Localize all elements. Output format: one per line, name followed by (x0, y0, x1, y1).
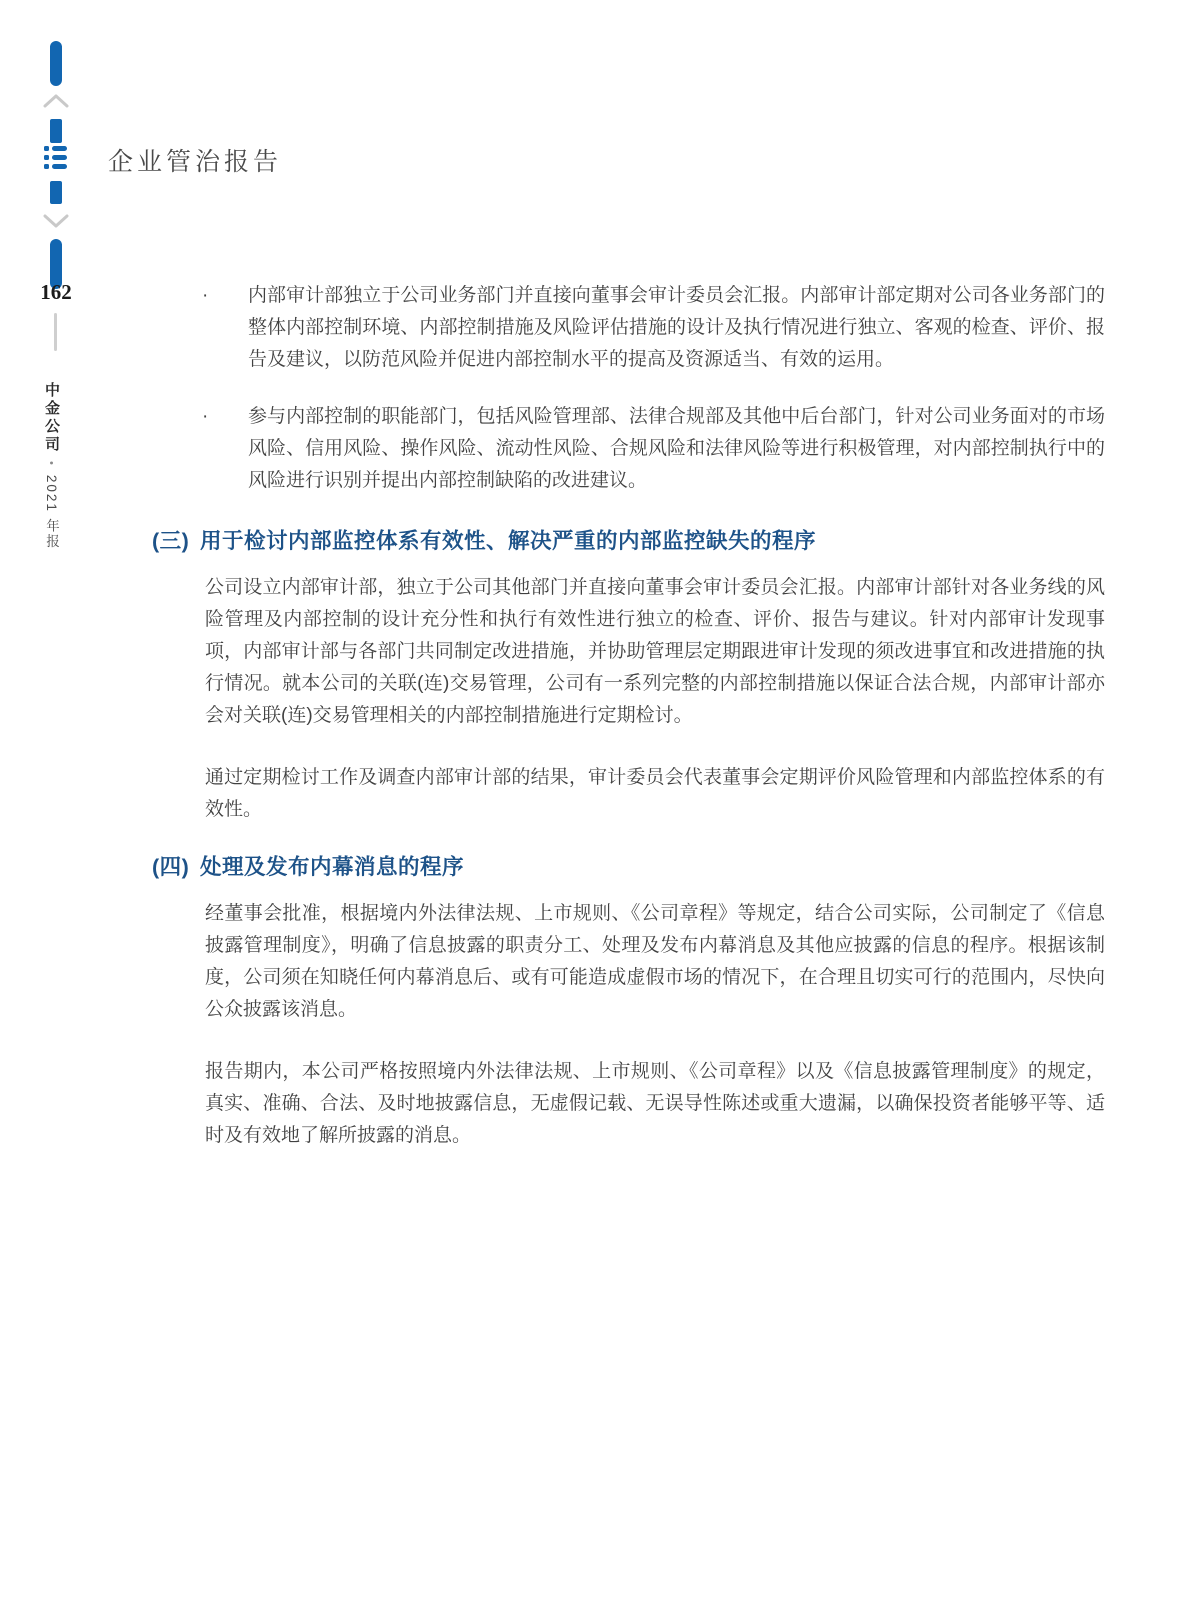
section-title: 处理及发布内幕消息的程序 (200, 852, 464, 882)
spine-edition: 2021 年报 (44, 475, 59, 550)
paragraph: 公司设立内部审计部，独立于公司其他部门并直接向董事会审计委员会汇报。内部审计部针… (205, 572, 1105, 732)
paragraph: 经董事会批准，根据境内外法律法规、上市规则、《公司章程》等规定，结合公司实际，公… (205, 898, 1105, 1026)
spine-company: 中金公司 (43, 382, 60, 454)
report-page: 162 中金公司•2021 年报 企业管治报告 · 内部审计部独立于公司业务部门… (0, 0, 1190, 1615)
bullet-marker: · (202, 280, 208, 312)
section-heading-3: (三) 用于检讨内部监控体系有效性、解决严重的内部监控缺失的程序 (152, 526, 1105, 556)
list-icon (44, 146, 68, 173)
bullet-item: · 内部审计部独立于公司业务部门并直接向董事会审计委员会汇报。内部审计部定期对公… (152, 280, 1105, 376)
bullet-text: 内部审计部独立于公司业务部门并直接向董事会审计委员会汇报。内部审计部定期对公司各… (248, 285, 1105, 370)
spine-text: 中金公司•2021 年报 (41, 382, 62, 642)
main-content: · 内部审计部独立于公司业务部门并直接向董事会审计委员会汇报。内部审计部定期对公… (152, 280, 1105, 1152)
list-dot-icon (44, 155, 49, 160)
list-icon-row (44, 155, 68, 160)
list-icon-row (44, 164, 68, 169)
chevron-down-icon (43, 213, 69, 229)
paragraph: 通过定期检讨工作及调查内部审计部的结果，审计委员会代表董事会定期评价风险管理和内… (205, 762, 1105, 826)
section-number: (三) (152, 526, 200, 556)
decor-square-top (50, 119, 62, 143)
list-dot-icon (44, 146, 49, 151)
bullet-text: 参与内部控制的职能部门，包括风险管理部、法律合规部及其他中后台部门，针对公司业务… (248, 406, 1105, 491)
bullet-item: · 参与内部控制的职能部门，包括风险管理部、法律合规部及其他中后台部门，针对公司… (152, 401, 1105, 497)
decor-bar-top (50, 41, 62, 86)
page-title: 企业管治报告 (108, 142, 282, 178)
paragraph: 报告期内，本公司严格按照境内外法律法规、上市规则、《公司章程》以及《信息披露管理… (205, 1056, 1105, 1152)
section-heading-4: (四) 处理及发布内幕消息的程序 (152, 852, 1105, 882)
bullet-marker: · (202, 401, 208, 433)
list-dash-icon (52, 155, 67, 160)
decor-square-bottom (50, 181, 62, 204)
page-number: 162 (25, 280, 87, 305)
spine-separator: • (45, 454, 57, 475)
section-number: (四) (152, 852, 200, 882)
list-dash-icon (52, 146, 67, 151)
list-dash-icon (52, 164, 67, 169)
list-dot-icon (44, 164, 49, 169)
section-title: 用于检讨内部监控体系有效性、解决严重的内部监控缺失的程序 (200, 526, 816, 556)
chevron-up-icon (43, 93, 69, 109)
list-icon-row (44, 146, 68, 151)
divider-line (54, 313, 57, 351)
